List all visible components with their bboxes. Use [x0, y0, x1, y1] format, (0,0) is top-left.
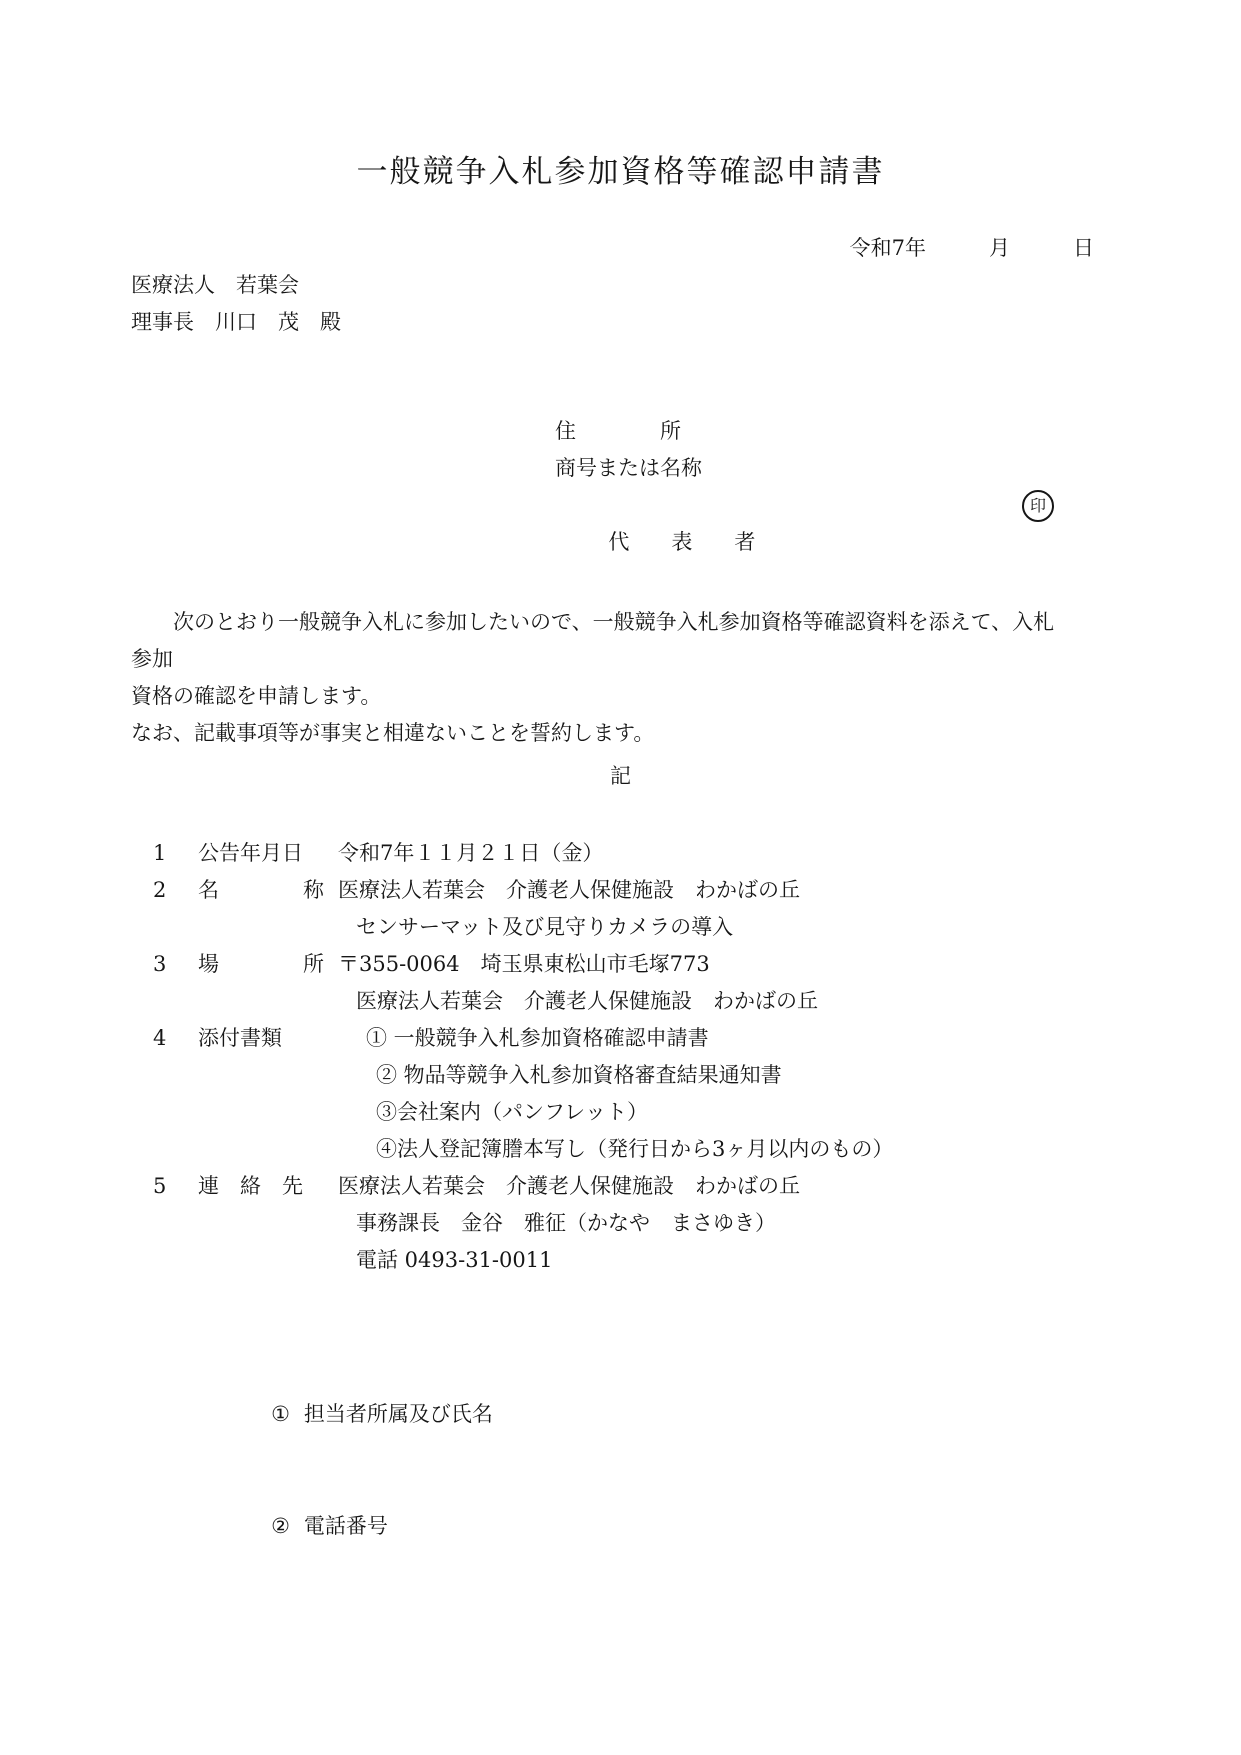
footer-note-label: 電話番号 — [304, 1514, 388, 1538]
addressee-person: 理事長 川口 茂 殿 — [131, 304, 1110, 341]
seal-text: 印 — [1030, 498, 1046, 514]
item-value-line: 〒355‐0064 埼玉県東松山市毛塚773 — [338, 946, 1110, 983]
body-line-1: 次のとおり一般競争入札に参加したいので、一般競争入札参加資格等確認資料を添えて、… — [131, 604, 1110, 641]
item-value-line: 令和7年１１月２１日（金） — [338, 835, 1110, 872]
footer-note-label: 担当者所属及び氏名 — [304, 1402, 493, 1426]
addressee-org: 医療法人 若葉会 — [131, 267, 1110, 304]
applicant-representative-line: 代 表 者 印 — [555, 487, 1110, 524]
document-page: 一般競争入札参加資格等確認申請書 令和7年 月 日 医療法人 若葉会 理事長 川… — [0, 0, 1241, 1755]
footer-note-number: ② — [271, 1514, 290, 1538]
item-value-line: ④法人登記簿謄本写し（発行日から3ヶ月以内のもの） — [131, 1131, 1110, 1168]
item-value-line: 事務課長 金谷 雅征（かなや まさゆき） — [131, 1205, 1110, 1242]
item-label: 連 絡 先 — [198, 1168, 338, 1205]
applicant-company-label: 商号または名称 — [555, 450, 1110, 487]
item-number: 2 — [153, 872, 198, 909]
item-value-line: 電話 0493-31-0011 — [131, 1242, 1110, 1279]
item-number: 4 — [153, 1020, 198, 1057]
item-value-line: 医療法人若葉会 介護老人保健施設 わかばの丘 — [338, 1168, 1110, 1205]
seal-icon: 印 — [1022, 490, 1054, 522]
body-line-4: なお、記載事項等が事実と相違ないことを誓約します。 — [131, 715, 1110, 752]
issue-date-line: 令和7年 月 日 — [131, 230, 1110, 267]
item-list: 1 公告年月日 令和7年１１月２１日（金） 2 名 称 医療法人若葉会 介護老人… — [131, 835, 1110, 1279]
body-paragraph: 次のとおり一般競争入札に参加したいので、一般競争入札参加資格等確認資料を添えて、… — [131, 604, 1110, 752]
item-number: 5 — [153, 1168, 198, 1205]
item-number: 1 — [153, 835, 198, 872]
footer-note: ①担当者所属及び氏名 — [231, 1359, 1110, 1396]
footer-note: ②電話番号 — [231, 1471, 1110, 1508]
list-item: 3 場 所 〒355‐0064 埼玉県東松山市毛塚773 — [131, 946, 1110, 983]
list-item: 5 連 絡 先 医療法人若葉会 介護老人保健施設 わかばの丘 — [131, 1168, 1110, 1205]
applicant-representative-label: 代 表 者 — [608, 530, 755, 554]
body-line-3: 資格の確認を申請します。 — [131, 678, 1110, 715]
body-line-2: 参加 — [131, 641, 1110, 678]
item-number: 3 — [153, 946, 198, 983]
list-item: 4 添付書類 ① 一般競争入札参加資格確認申請書 — [131, 1020, 1110, 1057]
item-label: 公告年月日 — [198, 835, 338, 872]
ki-heading: 記 — [131, 758, 1110, 795]
item-label: 添付書類 — [198, 1020, 338, 1057]
item-label: 場 所 — [198, 946, 338, 983]
item-value-line: 医療法人若葉会 介護老人保健施設 わかばの丘 — [338, 872, 1110, 909]
applicant-block: 住 所 商号または名称 代 表 者 印 — [555, 413, 1110, 524]
item-value-line: センサーマット及び見守りカメラの導入 — [131, 909, 1110, 946]
item-value-line: ② 物品等競争入札参加資格審査結果通知書 — [131, 1057, 1110, 1094]
item-value-line: ① 一般競争入札参加資格確認申請書 — [338, 1020, 1110, 1057]
item-value-line: ③会社案内（パンフレット） — [131, 1094, 1110, 1131]
list-item: 2 名 称 医療法人若葉会 介護老人保健施設 わかばの丘 — [131, 872, 1110, 909]
applicant-address-label: 住 所 — [555, 413, 1110, 450]
footer-note-number: ① — [271, 1402, 290, 1426]
list-item: 1 公告年月日 令和7年１１月２１日（金） — [131, 835, 1110, 872]
item-label: 名 称 — [198, 872, 338, 909]
document-title: 一般競争入札参加資格等確認申請書 — [131, 150, 1110, 194]
item-value-line: 医療法人若葉会 介護老人保健施設 わかばの丘 — [131, 983, 1110, 1020]
